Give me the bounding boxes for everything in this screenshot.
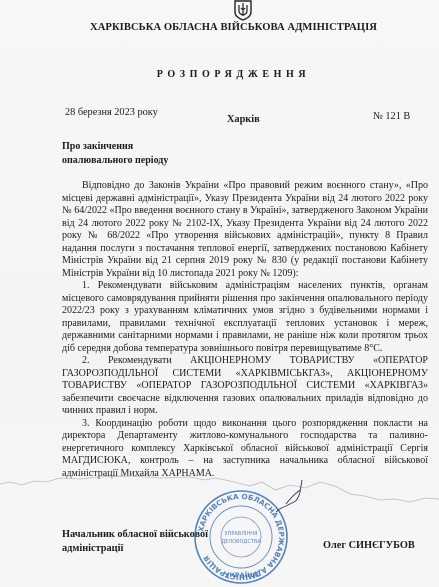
document-date: 28 березня 2023 року xyxy=(65,107,158,118)
item-paragraph-1: 1. Рекомендувати військовим адміністраці… xyxy=(62,280,428,355)
document-number: № 121 В xyxy=(373,111,410,122)
signatory-name: Олег СИНЄГУБОВ xyxy=(323,540,415,551)
document-subject: Про закінчення опалювального періоду xyxy=(62,140,168,168)
stamp-bottom-text: УКРАЇНА xyxy=(224,570,257,579)
document-body: Відповідно до Законів України «Про право… xyxy=(62,180,428,480)
subject-line-2: опалювального періоду xyxy=(62,154,168,168)
organization-title: ХАРКІВСЬКА ОБЛАСНА ВІЙСЬКОВА АДМІНІСТРАЦ… xyxy=(0,22,439,33)
handwritten-signature xyxy=(250,478,320,514)
subject-line-1: Про закінчення xyxy=(62,140,168,154)
stamp-center-line-1: УПРАВЛІННЯ xyxy=(225,531,258,537)
preamble-paragraph: Відповідно до Законів України «Про право… xyxy=(62,180,428,280)
item-paragraph-2: 2. Рекомендувати АКЦІОНЕРНОМУ ТОВАРИСТВУ… xyxy=(62,355,428,418)
stamp-center-line-2: ДЕЛОВОДСТВА xyxy=(221,539,261,545)
coat-of-arms-icon xyxy=(232,0,254,21)
signatory-title-line-2: адміністрації xyxy=(62,542,208,556)
signatory-title: Начальник обласної військової адміністра… xyxy=(62,528,208,556)
document-page: ХАРКІВСЬКА ОБЛАСНА ВІЙСЬКОВА АДМІНІСТРАЦ… xyxy=(0,0,439,587)
document-type: РОЗПОРЯДЖЕННЯ xyxy=(0,69,439,80)
signatory-title-line-1: Начальник обласної військової xyxy=(62,528,208,542)
item-paragraph-3: 3. Координацію роботи щодо виконання цьо… xyxy=(62,418,428,481)
document-city: Харків xyxy=(227,114,260,125)
